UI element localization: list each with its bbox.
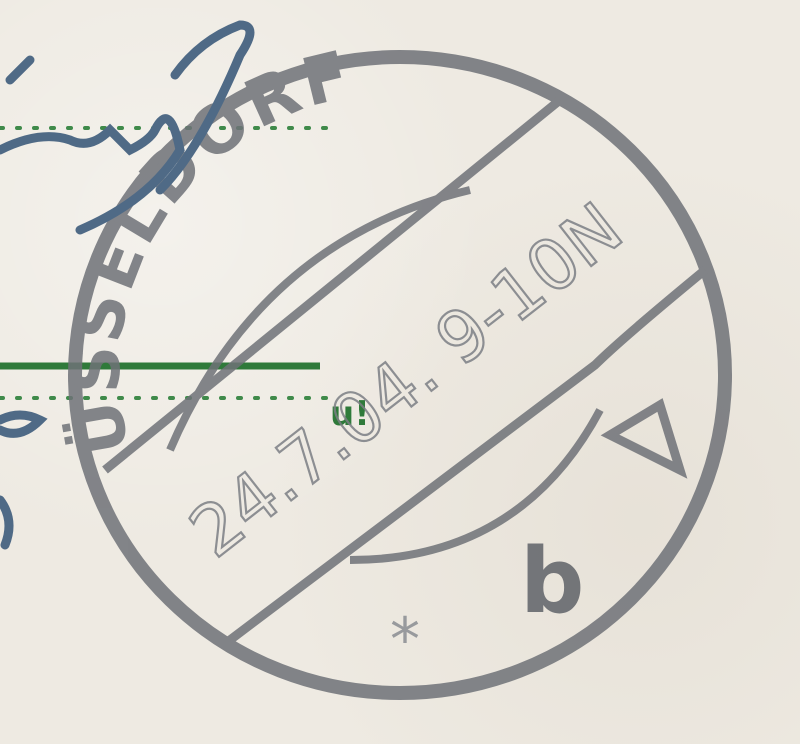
triangle-icon xyxy=(610,405,680,470)
postmark-bottom-letter: b xyxy=(520,529,584,634)
postmark-scene: u! ÜSSELDORF 24.7.04. 9-10N b * xyxy=(0,0,800,744)
postmark-city: ÜSSELDORF xyxy=(58,35,360,461)
postmark-star: * xyxy=(390,605,420,675)
